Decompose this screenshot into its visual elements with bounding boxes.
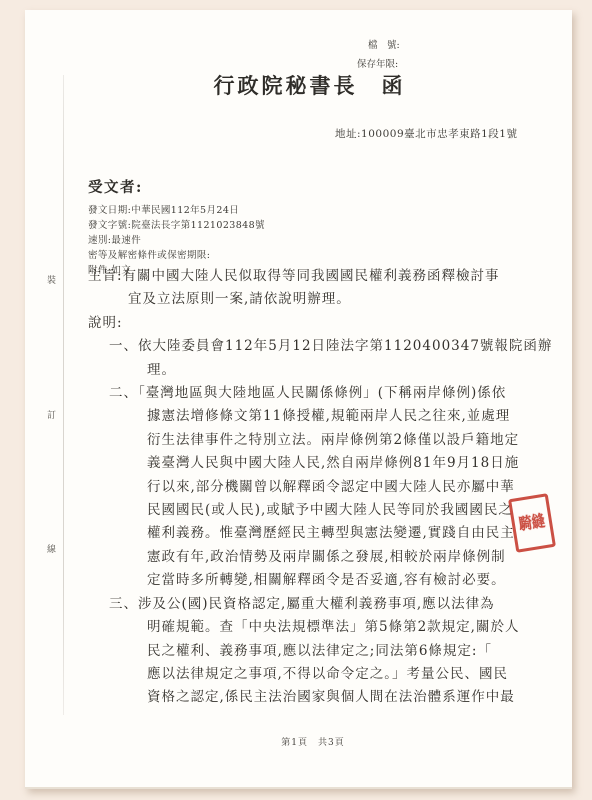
binding-mark: 線 — [47, 542, 59, 555]
document-body: 主旨:有關中國大陸人民似取得等同我國國民權利義務函釋檢討事宜及立法原則一案,請依… — [88, 265, 526, 710]
recipient-label: 受文者: — [88, 176, 265, 197]
seal-text: 騎縫 — [517, 513, 547, 533]
file-number-block: 檔 號: 保存年限: — [357, 36, 400, 74]
letter-page: 裝訂線 檔 號: 保存年限: 行政院秘書長 函 地址:100009臺北市忠孝東路… — [25, 10, 572, 789]
page-number: 第1頁 共3頁 — [88, 735, 538, 748]
meta-line: 發文日期:中華民國112年5月24日 — [88, 203, 265, 218]
body-line: 主旨:有關中國大陸人民似取得等同我國國民權利義務函釋檢討事 — [88, 265, 526, 288]
document-title: 行政院秘書長 函 — [25, 70, 572, 100]
body-line: 民國國民(或人民),或賦予中國大陸人民等同於我國國民之 — [147, 499, 526, 522]
binding-line — [63, 75, 64, 715]
binding-marks: 裝訂線 — [47, 273, 59, 555]
body-line: 宜及立法原則一案,請依說明辦理。 — [128, 288, 526, 311]
body-line: 民之權利、義務事項,應以法律定之;同法第6條規定:「 — [147, 640, 526, 663]
meta-line: 發文字號:院臺法長字第1121023848號 — [88, 218, 265, 233]
body-line: 明確規範。查「中央法規標準法」第5條第2款規定,關於人 — [147, 616, 526, 639]
binding-mark: 訂 — [47, 408, 59, 421]
body-line: 義臺灣人民與中國大陸人民,然自兩岸條例81年9月18日施 — [147, 452, 526, 475]
sender-address: 地址:100009臺北市忠孝東路1段1號 — [335, 126, 517, 141]
body-line: 二、「臺灣地區與大陸地區人民關係條例」(下稱兩岸條例)係依 — [109, 382, 526, 405]
body-line: 三、涉及公(國)民資格認定,屬重大權利義務事項,應以法律為 — [109, 593, 526, 616]
body-line: 定當時多所轉變,相關解釋函令是否妥適,容有檢討必要。 — [147, 569, 526, 592]
meta-line: 密等及解密條件或保密期限: — [88, 248, 265, 263]
binding-mark: 裝 — [47, 273, 59, 286]
body-line: 據憲法增修條文第11條授權,規範兩岸人民之往來,並處理 — [147, 405, 526, 428]
scanned-official-letter: { "doc": { "file_no_label": "檔 號:", "ret… — [0, 0, 592, 800]
recipient-block: 受文者: 發文日期:中華民國112年5月24日發文字號:院臺法長字第112102… — [88, 176, 265, 278]
body-line: 行以來,部分機關曾以解釋函令認定中國大陸人民亦屬中華 — [147, 476, 526, 499]
body-line: 資格之認定,係民主法治國家與個人間在法治體系運作中最 — [147, 686, 526, 709]
body-line: 一、依大陸委員會112年5月12日陸法字第1120400347號報院函辦 — [109, 335, 526, 358]
file-number-label: 檔 號: — [368, 36, 400, 55]
page-joint-seal: 騎縫 — [508, 493, 556, 553]
meta-line: 速別:最速件 — [88, 233, 265, 248]
body-line: 應以法律規定之事項,不得以命令定之。」考量公民、國民 — [147, 663, 526, 686]
body-line: 衍生法律事件之特別立法。兩岸條例第2條僅以設戶籍地定 — [147, 429, 526, 452]
body-line: 憲政有年,政治情勢及兩岸關係之發展,相較於兩岸條例制 — [147, 546, 526, 569]
body-line: 說明: — [88, 312, 526, 335]
body-line: 理。 — [147, 359, 526, 382]
body-line: 權利義務。惟臺灣歷經民主轉型與憲法變遷,實踐自由民主 — [147, 522, 526, 545]
